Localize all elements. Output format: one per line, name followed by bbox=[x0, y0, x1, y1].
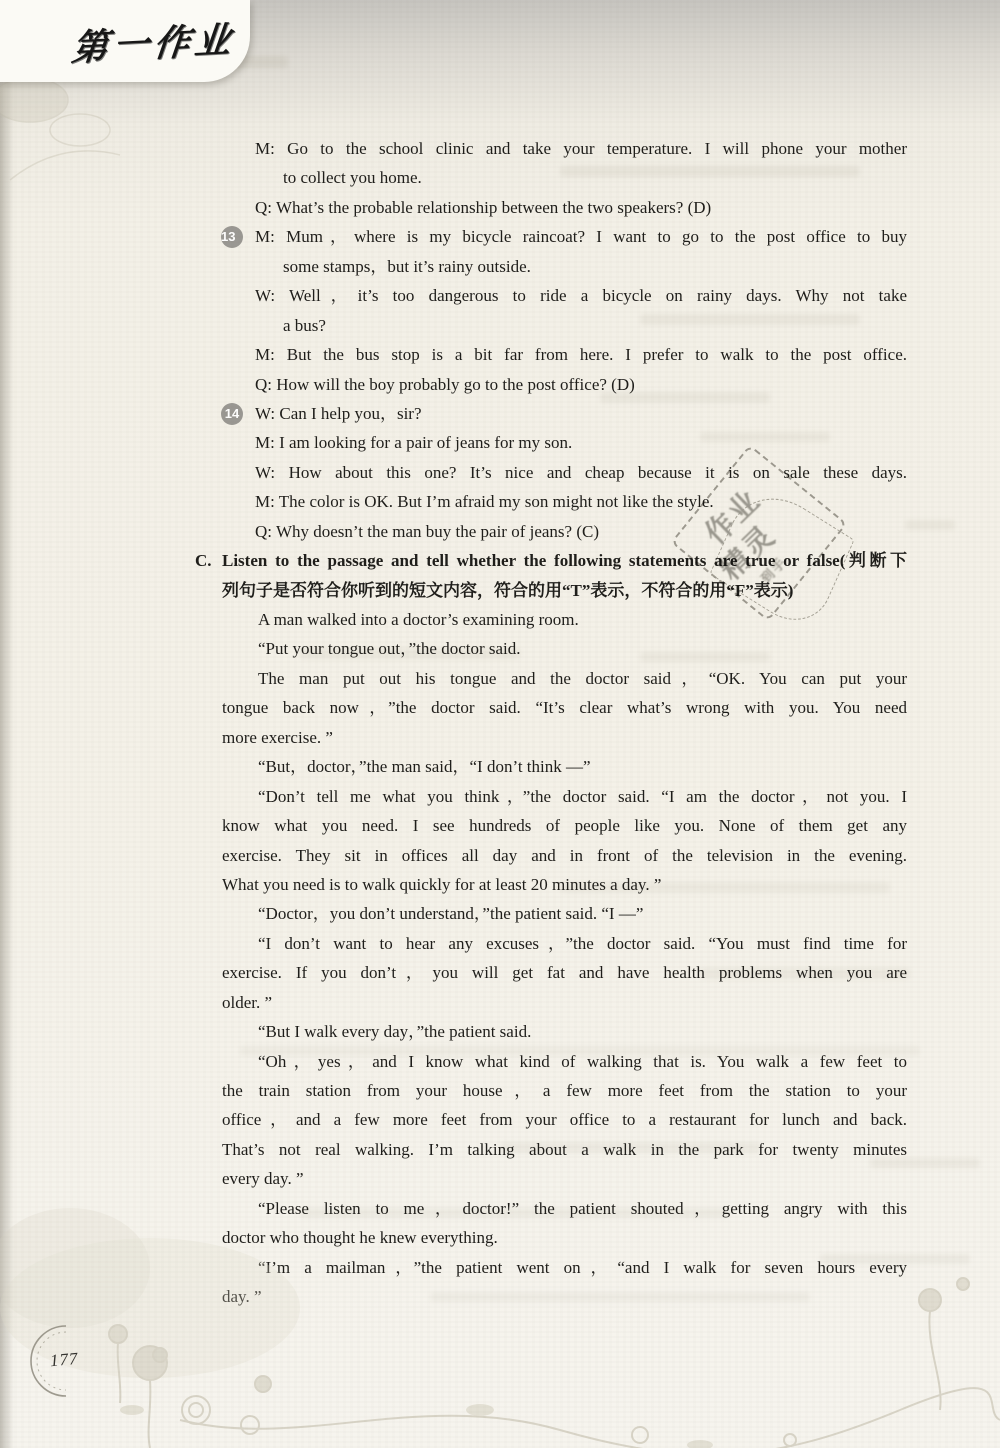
transcript-line: doctor who thought he knew everything. bbox=[222, 1223, 907, 1252]
question-number-badge: 13 bbox=[221, 226, 243, 248]
transcript-line: M: The color is OK. But I’m afraid my so… bbox=[255, 487, 907, 516]
transcript-line: “Doctor，you don’t understand，”the patien… bbox=[222, 899, 907, 928]
transcript-line: exercise. If you don’t，you will get fat … bbox=[222, 958, 907, 987]
page-gutter-shading bbox=[0, 0, 14, 1448]
section-heading-line: C.Listen to the passage and tell whether… bbox=[195, 546, 907, 575]
transcript-line: older. ” bbox=[222, 988, 907, 1017]
transcript-line: day. ” bbox=[222, 1282, 907, 1311]
section-heading-line: 列句子是否符合你听到的短文内容，符合的用“T”表示，不符合的用“F”表示) bbox=[222, 576, 907, 605]
transcript-line: “Don’t tell me what you think，”the docto… bbox=[222, 782, 907, 811]
question-number-badge: 14 bbox=[221, 403, 243, 425]
transcript-line: W: Well，it’s too dangerous to ride a bic… bbox=[255, 281, 907, 310]
transcript-line: tongue back now，”the doctor said. “It’s … bbox=[222, 693, 907, 722]
transcript-line: That’s not real walking. I’m talking abo… bbox=[222, 1135, 907, 1164]
transcript-line: “But，doctor，”the man said，“I don’t think… bbox=[222, 752, 907, 781]
transcript-line: Q: How will the boy probably go to the p… bbox=[255, 370, 907, 399]
transcript-line: 13M: Mum，where is my bicycle raincoat? I… bbox=[221, 222, 907, 251]
transcript-content: M: Go to the school clinic and take your… bbox=[195, 134, 907, 1312]
transcript-line: “I’m a mailman，”the patient went on，“and… bbox=[222, 1253, 907, 1282]
page-number-text: 177 bbox=[49, 1349, 79, 1371]
chapter-title-calligraphy: 第一作业 bbox=[69, 12, 238, 72]
transcript-line: to collect you home. bbox=[283, 163, 907, 192]
transcript-line: every day. ” bbox=[222, 1164, 907, 1193]
transcript-line: know what you need. I see hundreds of pe… bbox=[222, 811, 907, 840]
transcript-line: some stamps，but it’s rainy outside. bbox=[283, 252, 907, 281]
transcript-line: A man walked into a doctor’s examining r… bbox=[222, 605, 907, 634]
bleedthrough-smudge bbox=[905, 520, 955, 530]
transcript-line: “Put your tongue out，”the doctor said. bbox=[222, 634, 907, 663]
transcript-line: M: I am looking for a pair of jeans for … bbox=[255, 428, 907, 457]
transcript-line: the train station from your house，a few … bbox=[222, 1076, 907, 1105]
transcript-line: more exercise. ” bbox=[222, 723, 907, 752]
section-label: C. bbox=[195, 546, 222, 575]
transcript-line: “I don’t want to hear any excuses，”the d… bbox=[222, 929, 907, 958]
section-heading-text: Listen to the passage and tell whether t… bbox=[222, 546, 907, 575]
transcript-line: M: Go to the school clinic and take your… bbox=[255, 134, 907, 163]
transcript-line: office，and a few more feet from your off… bbox=[222, 1105, 907, 1134]
page-number: 177 bbox=[26, 1322, 104, 1400]
transcript-line: “Oh，yes，and I know what kind of walking … bbox=[222, 1047, 907, 1076]
transcript-line: “But I walk every day，”the patient said. bbox=[222, 1017, 907, 1046]
transcript-line: 14W: Can I help you，sir? bbox=[221, 399, 907, 428]
transcript-line: a bus? bbox=[283, 311, 907, 340]
transcript-line: W: How about this one? It’s nice and che… bbox=[255, 458, 907, 487]
transcript-line: The man put out his tongue and the docto… bbox=[222, 664, 907, 693]
transcript-line: M: But the bus stop is a bit far from he… bbox=[255, 340, 907, 369]
transcript-line: “Please listen to me，doctor!” the patien… bbox=[222, 1194, 907, 1223]
transcript-line: Q: What’s the probable relationship betw… bbox=[255, 193, 907, 222]
transcript-line: What you need is to walk quickly for at … bbox=[222, 870, 907, 899]
transcript-line: exercise. They sit in offices all day an… bbox=[222, 841, 907, 870]
scanned-workbook-page: 第一作业 M: Go to the school clinic and take… bbox=[0, 0, 1000, 1448]
chapter-header-label: 第一作业 bbox=[0, 0, 250, 82]
transcript-line: Q: Why doesn’t the man buy the pair of j… bbox=[255, 517, 907, 546]
